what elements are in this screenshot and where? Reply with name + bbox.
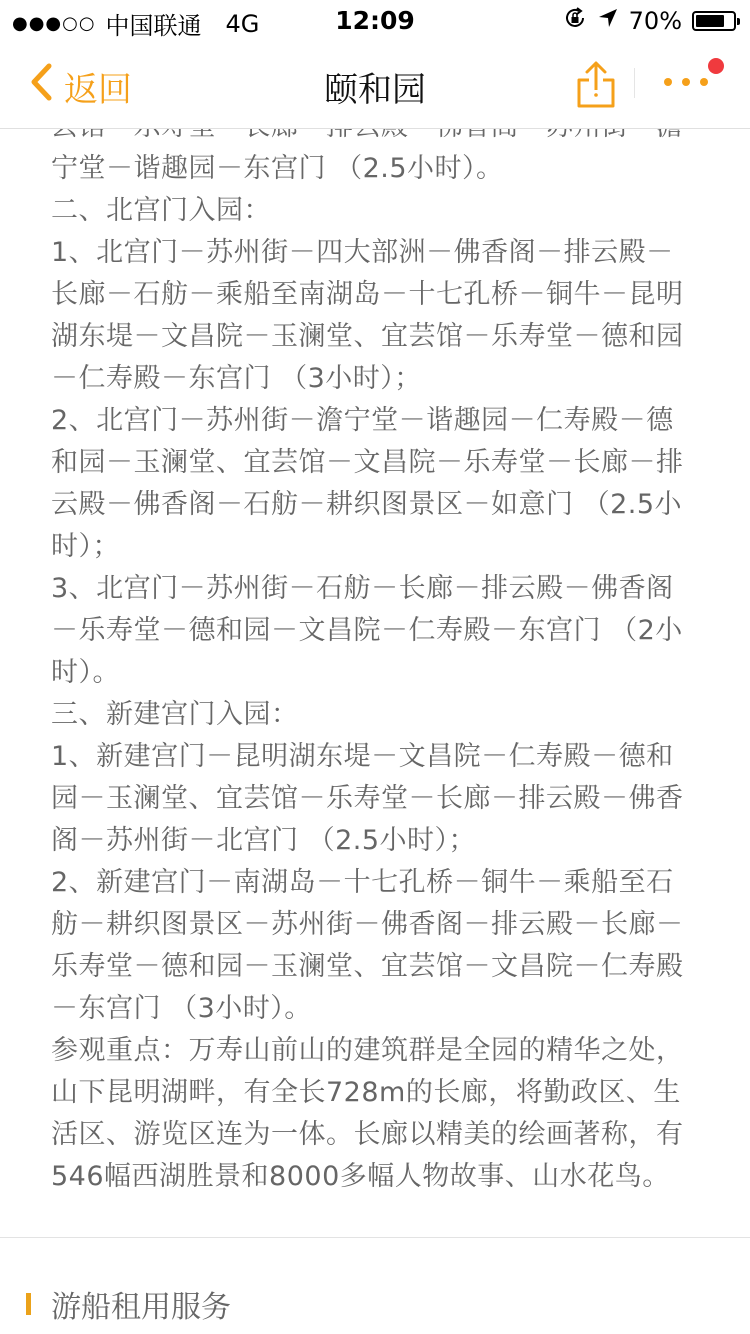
section-title: 游船租用服务: [51, 1282, 231, 1326]
share-icon: [574, 60, 618, 110]
article-paragraph: 三、新建宫门入园：: [51, 694, 698, 736]
page-title: 颐和园: [0, 62, 750, 111]
status-bar: ●●●○○ 中国联通 4G 12:09 70%: [0, 0, 750, 40]
article-paragraph: 1、新建宫门－昆明湖东堤－文昌院－仁寿殿－德和园－玉澜堂、宜芸馆－乐寿堂－长廊－…: [51, 736, 698, 862]
article-paragraph: 2、北宫门－苏州街－澹宁堂－谐趣园－仁寿殿－德和园－玉澜堂、宜芸馆－文昌院－乐寿…: [51, 400, 698, 568]
notification-badge: [708, 58, 724, 74]
scroll-content[interactable]: 芸馆－乐寿堂－长廊－排云殿－佛香阁－苏州街－澹宁堂－谐趣园－东宫门 （2.5小时…: [0, 106, 750, 1198]
article-paragraph: 3、北宫门－苏州街－石舫－长廊－排云殿－佛香阁－乐寿堂－德和园－文昌院－仁寿殿－…: [51, 568, 698, 694]
article-body: 芸馆－乐寿堂－长廊－排云殿－佛香阁－苏州街－澹宁堂－谐趣园－东宫门 （2.5小时…: [0, 106, 750, 1198]
section-header-boat-rental[interactable]: 游船租用服务: [26, 1282, 231, 1326]
battery-icon: [692, 11, 736, 31]
section-divider: [0, 1237, 750, 1238]
location-arrow-icon: [597, 7, 619, 35]
share-button[interactable]: [574, 60, 618, 110]
article-paragraph: 2、新建宫门－南湖岛－十七孔桥－铜牛－乘船至石舫－耕织图景区－苏州街－佛香阁－排…: [51, 862, 698, 1030]
article-paragraph: 二、北宫门入园：: [51, 190, 698, 232]
rotation-lock-icon: [563, 6, 587, 36]
more-button[interactable]: [660, 70, 720, 100]
article-paragraph: 参观重点：万寿山前山的建筑群是全园的精华之处，山下昆明湖畔，有全长728m的长廊…: [51, 1030, 698, 1198]
battery-percent: 70%: [629, 7, 682, 35]
nav-divider: [634, 68, 635, 98]
navigation-bar: 返回 颐和园: [0, 40, 750, 129]
status-right: 70%: [563, 6, 736, 36]
article-paragraph: 1、北宫门－苏州街－四大部洲－佛香阁－排云殿－长廊－石舫－乘船至南湖岛－十七孔桥…: [51, 232, 698, 400]
section-accent-bar: [26, 1293, 31, 1315]
